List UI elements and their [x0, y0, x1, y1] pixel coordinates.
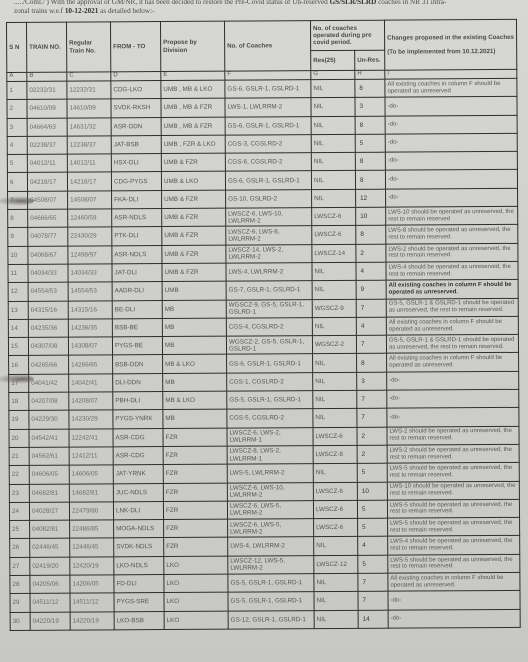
division-cell: UMB & FZR — [162, 208, 226, 227]
from-to-cell: CDG-LKO — [111, 81, 161, 100]
sn-cell: 30 — [10, 612, 30, 630]
division-cell: LKO — [164, 611, 228, 630]
coaches-cell: GS-6, GSLR-1, GSLRD-1 — [225, 80, 311, 99]
unres-cell: 7 — [358, 591, 388, 609]
unres-cell: 10 — [356, 207, 386, 225]
division-cell: MB — [163, 373, 227, 392]
res-cell: NIL — [311, 116, 355, 135]
intro-line-2-prefix: zonal trains w.e.f — [14, 7, 63, 15]
regular-train-no-cell: 12412/11 — [69, 447, 113, 466]
changes-cell: All existing coaches in column F should … — [387, 353, 519, 372]
coaches-cell: GS-10, GSLRD-2 — [226, 189, 312, 208]
coaches-cell: CGS-1, CGSLRD-2 — [227, 372, 313, 391]
regular-train-no-cell: 14511/12 — [70, 593, 114, 612]
coaches-cell: LWS-1, LWLRRM-2 — [225, 98, 311, 117]
regular-train-no-cell: 14266/65 — [69, 355, 113, 374]
unres-cell: 5 — [358, 555, 388, 573]
sn-cell: 13 — [8, 301, 28, 319]
res-cell: NIL — [314, 537, 358, 556]
changes-cell: -do- — [388, 591, 520, 610]
unres-cell: 7 — [358, 573, 388, 591]
division-cell: MB — [162, 318, 226, 337]
regular-train-no-cell: 14554/53 — [68, 282, 112, 301]
sn-cell: 25 — [10, 520, 30, 538]
train-no-cell: 04606/05 — [29, 465, 69, 484]
res-cell: NIL — [312, 281, 356, 300]
train-no-cell: 04610/09 — [27, 99, 67, 118]
from-to-cell: FKA-DLI — [112, 190, 162, 209]
train-no-cell: 04028/27 — [29, 502, 69, 521]
changes-cell: -do- — [385, 152, 517, 171]
sn-cell: 14 — [8, 319, 28, 337]
coaches-cell: CGS-4, CGSLRD-2 — [226, 317, 312, 336]
header-res: Res(25) — [311, 50, 355, 70]
division-cell: UMB & FZR — [162, 227, 226, 246]
division-cell: MB & LKO — [163, 391, 227, 410]
train-no-cell: 02232/31 — [27, 81, 67, 100]
train-no-cell: 04307/08 — [28, 337, 68, 356]
from-to-cell: HSX-DLI — [111, 154, 161, 173]
from-to-cell: ASR-NDLS — [112, 209, 162, 228]
from-to-cell: SVDK-NDLS — [114, 538, 164, 557]
sn-cell: 11 — [8, 264, 28, 282]
res-cell: NIL — [314, 610, 358, 629]
changes-cell: -do- — [385, 133, 517, 152]
division-cell: UMB — [162, 281, 226, 300]
coaches-cell: LWSCZ-6, LWS-10, LWLRRM-2 — [226, 208, 312, 227]
sn-cell: 15 — [8, 338, 28, 356]
division-cell: UMB & FZR — [161, 153, 225, 172]
sn-cell: 21 — [9, 447, 29, 465]
from-to-cell: LNK-DLI — [113, 501, 163, 520]
coaches-cell: CGS-3, CGSLRD-2 — [225, 135, 311, 154]
sn-cell: 22 — [9, 466, 29, 484]
changes-cell: -do- — [386, 188, 518, 207]
column-letter: E — [161, 71, 225, 80]
header-changes-title: Changes proposed in the existing Coaches — [387, 34, 514, 42]
unres-cell: 3 — [355, 97, 385, 115]
train-no-cell: 04542/41 — [29, 429, 69, 448]
train-no-cell: 04315/16 — [28, 301, 68, 320]
division-cell: UMB , MB & FZR — [161, 117, 225, 136]
unres-cell: 8 — [355, 116, 385, 134]
sn-cell: 1 — [7, 81, 27, 99]
sn-cell: 10 — [8, 246, 28, 264]
res-cell: LWSCZ-6 — [312, 226, 356, 245]
changes-cell: LWS-8 should be operated as unreserved, … — [386, 225, 518, 244]
intro-line-2-suffix: as detailed below:- — [100, 7, 154, 15]
train-no-cell: 04229/30 — [29, 410, 69, 429]
from-to-cell: PYGS-SRE — [114, 593, 164, 612]
from-to-cell: JAT-BSB — [111, 135, 161, 154]
regular-train-no-cell: 14230/29 — [69, 410, 113, 429]
header-changes-note: (To be implemented from 10.12.2021) — [387, 47, 514, 55]
from-to-cell: CDG-PYGS — [111, 172, 161, 191]
res-cell: WGSCZ-2 — [312, 336, 356, 355]
coaches-cell: LWSCZ-8, LWS-2, LWLRRM-1 — [227, 446, 313, 465]
table-row: 3004220/1914220/19LKO-BSBLKOGS-12, GSLR-… — [10, 609, 520, 630]
division-cell: FZR — [164, 519, 228, 538]
header-train-no: TRAIN NO. — [27, 22, 67, 72]
regular-train-no-cell: 14315/16 — [68, 300, 112, 319]
changes-cell: -do- — [387, 389, 519, 408]
sn-cell: 12 — [8, 283, 28, 301]
division-cell: FZR — [163, 428, 227, 447]
regular-train-no-cell: 14208/07 — [69, 392, 113, 411]
changes-cell: All existing coaches in column F should … — [386, 280, 518, 299]
sn-cell: 5 — [7, 155, 27, 173]
changes-cell: All existing coaches in column F should … — [385, 78, 517, 97]
changes-cell: All existing coaches in column F should … — [386, 316, 518, 335]
from-to-cell: PYGS-BE — [112, 337, 162, 356]
sn-cell: 6 — [7, 173, 27, 191]
unres-cell: 4 — [358, 537, 388, 555]
unres-cell: 2 — [356, 244, 386, 262]
regular-train-no-cell: 14236/35 — [68, 319, 112, 338]
changes-cell: LWS-10 should be operated as unreserved,… — [386, 206, 518, 225]
res-cell: LWSCZ-12 — [314, 555, 358, 574]
regular-train-no-cell: 14631/32 — [67, 117, 111, 136]
from-to-cell: SVDK-RKSH — [111, 99, 161, 118]
division-cell: LKO — [164, 556, 228, 575]
division-cell: MB & LKO — [163, 355, 227, 374]
res-cell: NIL — [313, 372, 357, 391]
changes-cell: LWS-5 should be operated as unreserved, … — [387, 499, 519, 518]
train-no-cell: 04666/65 — [28, 209, 68, 228]
division-cell: UMB , FZR & LKO — [161, 135, 225, 154]
changes-cell: -do- — [385, 115, 517, 134]
regular-train-no-cell: 14308/07 — [68, 337, 112, 356]
from-to-cell: DLI-DDN — [113, 373, 163, 392]
division-cell: MB — [162, 300, 226, 319]
unres-cell: 7 — [356, 299, 386, 317]
regular-train-no-cell: 12498/97 — [68, 246, 112, 265]
sn-cell: 16 — [9, 356, 29, 374]
train-no-cell: 04265/66 — [29, 356, 69, 375]
regular-train-no-cell: 14682/81 — [69, 483, 113, 502]
header-unres: Un-Res. — [355, 50, 385, 70]
division-cell: UMB & LKO — [161, 172, 225, 191]
coaches-cell: LWSCZ-14, LWS-2, LWLRRM-2 — [226, 244, 312, 263]
coaches-cell: LWSCZ-6, LWS-2, LWLRRM-1 — [227, 427, 313, 446]
coaches-cell: GS-6, GSLR-1, GSLRD-1 — [225, 171, 311, 190]
from-to-cell: ASR-DDN — [111, 117, 161, 136]
res-cell: NIL — [313, 409, 357, 428]
column-letter: D — [111, 72, 161, 81]
res-cell: LWSCZ-6 — [314, 518, 358, 537]
coaches-cell: LWSCZ-6, LWS-5, LWLRRM-2 — [228, 519, 314, 538]
changes-cell: LWS-4 should be operated as unreserved, … — [388, 536, 520, 555]
changes-cell: LWS-2 should be operated as unreserved, … — [387, 426, 519, 445]
unres-cell: 5 — [357, 500, 387, 518]
intro-coach-types: GS/SLR/SLRD — [330, 0, 377, 6]
intro-line-1-text: ...../Coml./ ) With the approval of GM/N… — [14, 0, 328, 6]
unres-cell: 8 — [355, 171, 385, 189]
regular-train-no-cell: 14034/33 — [68, 264, 112, 283]
from-to-cell: LKO-NDLS — [114, 556, 164, 575]
sn-cell: 29 — [10, 594, 30, 612]
res-cell: NIL — [312, 189, 356, 208]
coaches-cell: LWS-4, LWLRRM-2 — [226, 263, 312, 282]
intro-text: ...../Coml./ ) With the approval of GM/N… — [14, 0, 526, 16]
res-cell: LWSCZ-6 — [313, 500, 357, 519]
from-to-cell: ASR-CDG — [113, 428, 163, 447]
regular-train-no-cell: 14206/05 — [70, 575, 114, 594]
table-body: 102232/3112232/31CDG-LKOUMB , MB & LKOGS… — [7, 78, 520, 630]
train-no-cell: 04207/08 — [29, 392, 69, 411]
regular-train-no-cell: 12420/19 — [70, 557, 114, 576]
res-cell: NIL — [313, 390, 357, 409]
header-no-of-coaches: No. of Coaches — [224, 21, 310, 72]
res-cell: NIL — [311, 98, 355, 117]
res-cell: LWSCZ-6 — [313, 482, 357, 501]
changes-cell: LWS-10 should be operated as unreserved,… — [387, 481, 519, 500]
changes-cell: LWS-4 should be operated as unreserved, … — [386, 261, 518, 280]
regular-train-no-cell: 14610/09 — [67, 99, 111, 118]
unres-cell: 8 — [355, 152, 385, 170]
sn-cell: 20 — [9, 429, 29, 447]
intro-line-2: zonal trains w.e.f 10-12-2021 as detaile… — [14, 7, 526, 16]
res-cell: LWSCZ-6 — [313, 427, 357, 446]
sn-cell: 24 — [9, 502, 29, 520]
regular-train-no-cell: 14042/41 — [69, 374, 113, 393]
res-cell: NIL — [311, 134, 355, 153]
coaches-cell: WGSCZ-2, GS-5, GSLR-1, GSLRD-1 — [226, 336, 312, 355]
unres-cell: 8 — [355, 79, 385, 97]
coaches-cell: LWSCZ-6, LWS-10, LWLRRM-2 — [227, 482, 313, 501]
division-cell: UMB & FZR — [162, 245, 226, 264]
train-no-cell: 04664/63 — [27, 118, 67, 137]
unres-cell: 12 — [356, 189, 386, 207]
header-changes: Changes proposed in the existing Coaches… — [384, 19, 516, 70]
from-to-cell: MOGA-NDLS — [114, 520, 164, 539]
division-cell: LKO — [164, 592, 228, 611]
res-cell: NIL — [312, 317, 356, 336]
from-to-cell: PBH-DLI — [113, 392, 163, 411]
header-sn: S N — [7, 22, 27, 72]
regular-train-no-cell: 22486/85 — [70, 520, 114, 539]
from-to-cell: PYGS-YNRK — [113, 410, 163, 429]
res-cell: NIL — [314, 573, 358, 592]
unres-cell: 2 — [357, 445, 387, 463]
coaches-cell: LWSCZ-6, LWS-8, LWLRRM-2 — [226, 226, 312, 245]
division-cell: FZR — [163, 464, 227, 483]
coaches-cell: GS-6, GSLR-1, GSLRD-1 — [225, 116, 311, 135]
changes-cell: -do- — [387, 408, 519, 427]
sn-cell: 26 — [10, 539, 30, 557]
changes-cell: LWS-5 should be operated as unreserved, … — [388, 554, 520, 573]
changes-cell: All existing coaches in column F should … — [388, 572, 520, 591]
regular-train-no-cell: 14606/05 — [69, 465, 113, 484]
sn-cell: 18 — [9, 392, 29, 410]
from-to-cell: BE-DLI — [112, 300, 162, 319]
sn-cell: 2 — [7, 100, 27, 118]
train-no-cell: 02446/45 — [30, 539, 70, 558]
unres-cell: 2 — [357, 427, 387, 445]
column-letter: G — [311, 70, 355, 79]
train-no-cell: 04562/61 — [29, 447, 69, 466]
regular-train-no-cell: 14012/11 — [67, 154, 111, 173]
train-no-cell: 04554/53 — [28, 282, 68, 301]
sn-cell: 19 — [9, 411, 29, 429]
division-cell: FZR — [163, 501, 227, 520]
coaches-cell: GS-5, GSLR-1, GSLRD-1 — [228, 592, 314, 611]
division-cell: FZR — [163, 483, 227, 502]
coaches-cell: LWSCZ-12, LWS-5, LWLRRM-2 — [228, 555, 314, 574]
from-to-cell: JAT-DLI — [112, 264, 162, 283]
coaches-cell: GS-6, GSLR-1, GSLRD-1 — [227, 354, 313, 373]
document-page: ...../Coml./ ) With the approval of GM/N… — [0, 0, 528, 662]
train-no-cell: 04082/81 — [30, 520, 70, 539]
unres-cell: 14 — [358, 610, 388, 628]
division-cell: MB — [162, 336, 226, 355]
changes-cell: LWS-2 should be operated as unreserved, … — [387, 444, 519, 463]
intro-line-1-end: coaches in NR 31 intra- — [378, 0, 446, 6]
coaches-cell: GS-5, GSLR-1, GSLRD-1 — [227, 391, 313, 410]
from-to-cell: ASR-CDG — [113, 446, 163, 465]
division-cell: UMB & FZR — [162, 190, 226, 209]
header-pre-covid: No. of coaches operated during pre covid… — [310, 20, 384, 50]
unres-cell: 5 — [358, 518, 388, 536]
regular-train-no-cell: 14220/19 — [70, 611, 114, 630]
from-to-cell: ASR-NDLS — [112, 245, 162, 264]
from-to-cell: BSB-BE — [112, 318, 162, 337]
division-cell: FZR — [164, 538, 228, 557]
coaches-cell: GS-5, GSLR-1, GSLRD-1 — [228, 574, 314, 593]
sn-cell: 27 — [10, 557, 30, 575]
res-cell: LWSCZ-8 — [313, 445, 357, 464]
res-cell: LWSCZ-14 — [312, 244, 356, 263]
unres-cell: 4 — [356, 317, 386, 335]
unres-cell: 3 — [357, 372, 387, 390]
unres-cell: 4 — [356, 262, 386, 280]
changes-cell: GS-5, GSLR-1 & GSLRD-1 should be operate… — [386, 335, 518, 354]
train-no-cell: 04220/19 — [30, 612, 70, 631]
from-to-cell: BSB-DDN — [113, 355, 163, 374]
changes-cell: -do- — [385, 170, 517, 189]
train-no-cell: 04511/12 — [30, 593, 70, 612]
res-cell: NIL — [313, 354, 357, 373]
train-no-cell: 04068/67 — [28, 246, 68, 265]
sn-cell: 8 — [8, 209, 28, 227]
unres-cell: 8 — [357, 354, 387, 372]
sn-cell: 4 — [7, 136, 27, 154]
train-no-cell: 04235/36 — [28, 319, 68, 338]
train-no-cell: 04034/33 — [28, 264, 68, 283]
unres-cell: 7 — [357, 409, 387, 427]
regular-train-no-cell: 22430/29 — [68, 227, 112, 246]
unres-cell: 9 — [356, 280, 386, 298]
coaches-cell: LWSCZ-6, LWS-5, LWLRRM-2 — [227, 500, 313, 519]
unres-cell: 8 — [356, 226, 386, 244]
changes-cell: LWS-5 should be operated as unreserved, … — [388, 517, 520, 536]
changes-cell: GS-5, GSLR-1 & GSLRD-1 should be operate… — [386, 298, 518, 317]
column-letter: A — [7, 72, 27, 81]
unres-cell: 10 — [357, 482, 387, 500]
train-no-cell: 02238/37 — [27, 136, 67, 155]
changes-cell: -do- — [387, 371, 519, 390]
sn-cell: 3 — [7, 118, 27, 136]
changes-cell: LWS-2 should be operated as unreserved, … — [386, 243, 518, 262]
division-cell: UMB & FZR — [162, 263, 226, 282]
unres-cell: 7 — [356, 335, 386, 353]
res-cell: NIL — [311, 153, 355, 172]
sn-cell: 9 — [8, 228, 28, 246]
sn-cell: 23 — [9, 484, 29, 502]
res-cell: NIL — [312, 262, 356, 281]
changes-cell: -do- — [388, 609, 520, 628]
res-cell: NIL — [311, 171, 355, 190]
res-cell: WGSCZ-9 — [312, 299, 356, 318]
res-cell: NIL — [313, 464, 357, 483]
coaches-cell: LWS-5, LWLRRM-2 — [227, 464, 313, 483]
train-no-cell: 04682/81 — [29, 484, 69, 503]
coaches-cell: GS-7, GSLR-1, GSLRD-1 — [226, 281, 312, 300]
res-cell: LWSCZ-6 — [312, 207, 356, 226]
regular-train-no-cell: 14508/07 — [68, 191, 112, 210]
changes-cell: -do- — [385, 97, 517, 116]
intro-effective-date: 10-12-2021 — [65, 7, 99, 15]
train-no-cell: 04012/11 — [27, 154, 67, 173]
division-cell: MB — [163, 410, 227, 429]
sn-cell: 28 — [10, 575, 30, 593]
train-no-cell: 04205/06 — [30, 575, 70, 594]
column-letter: H — [355, 70, 385, 79]
regular-train-no-cell: 12232/31 — [67, 81, 111, 100]
column-letter: B — [27, 72, 67, 81]
changes-cell: LWS-5 should be operated as unreserved, … — [387, 463, 519, 482]
from-to-cell: AADR-DLI — [112, 282, 162, 301]
column-letter: C — [67, 72, 111, 81]
from-to-cell: PTK-DLI — [112, 227, 162, 246]
res-cell: NIL — [311, 79, 355, 98]
from-to-cell: JUC-NDLS — [113, 483, 163, 502]
regular-train-no-cell: 22479/80 — [69, 502, 113, 521]
from-to-cell: LKO-BSB — [114, 611, 164, 630]
from-to-cell: JAT-YRNK — [113, 465, 163, 484]
division-cell: LKO — [164, 574, 228, 593]
header-from-to: FROM - TO — [111, 22, 161, 72]
unres-cell: 5 — [357, 463, 387, 481]
train-no-cell: 04218/17 — [27, 173, 67, 192]
header-regular-train-no: Regular Train No. — [67, 22, 111, 72]
regular-train-no-cell: 12446/45 — [70, 538, 114, 557]
division-cell: FZR — [163, 446, 227, 465]
train-no-cell: 04041/42 — [29, 374, 69, 393]
intro-line-1: ...../Coml./ ) With the approval of GM/N… — [14, 0, 526, 7]
coaches-cell: WGSCZ-9, GS-5, GSLR-1, GSLRD-1 — [226, 299, 312, 318]
division-cell: UMB , MB & LKO — [161, 80, 225, 99]
coaches-cell: LWS-4, LWLRRM-2 — [228, 537, 314, 556]
coach-restoration-table: S N TRAIN NO. Regular Train No. FROM - T… — [6, 19, 521, 631]
regular-train-no-cell: 12238/37 — [67, 136, 111, 155]
regular-train-no-cell: 12242/41 — [69, 428, 113, 447]
res-cell: NIL — [314, 592, 358, 611]
coaches-cell: GS-12, GSLR-1, GSLRD-1 — [228, 610, 314, 629]
header-propose-by: Propose by Division — [161, 21, 225, 71]
regular-train-no-cell: 12460/59 — [68, 209, 112, 228]
regular-train-no-cell: 14218/17 — [67, 172, 111, 191]
from-to-cell: FD-DLI — [114, 575, 164, 594]
division-cell: UMB , MB & FZR — [161, 98, 225, 117]
unres-cell: 5 — [355, 134, 385, 152]
train-no-cell: 02419/20 — [30, 557, 70, 576]
coaches-cell: CGS-6, CGSLRD-2 — [225, 153, 311, 172]
unres-cell: 7 — [357, 390, 387, 408]
train-no-cell: 04078/77 — [28, 228, 68, 247]
coaches-cell: CGS-5, CGSLRD-2 — [227, 409, 313, 428]
